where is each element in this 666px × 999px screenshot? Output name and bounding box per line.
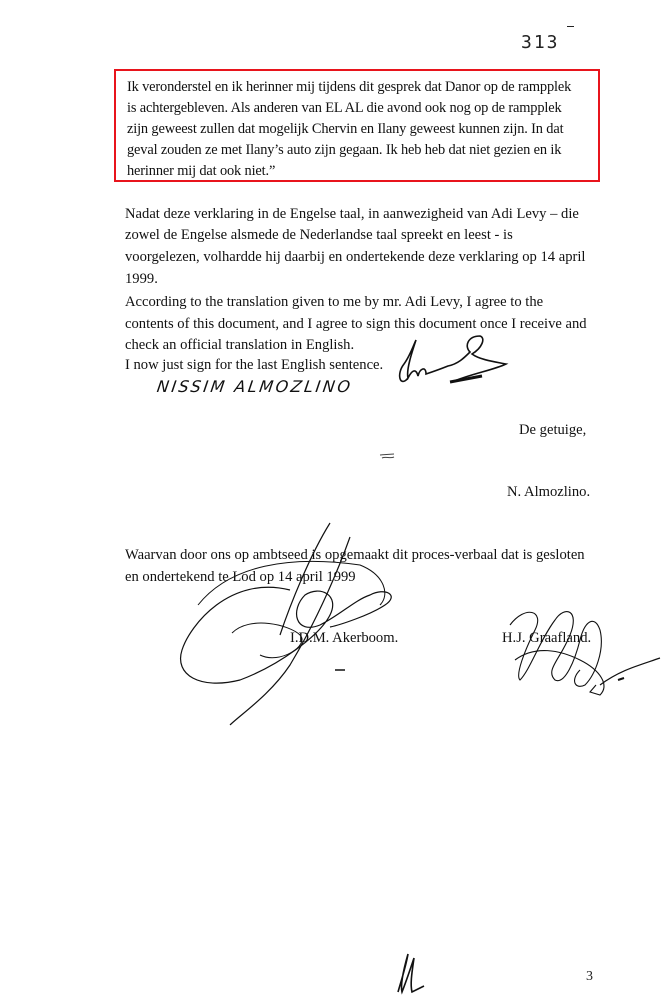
quote-line: geval zouden ze met Ilany’s auto zijn ge… — [127, 140, 590, 161]
dutch-statement-line: zowel de Engelse alsmede de Nederlandse … — [125, 225, 513, 245]
witness-small-mark — [378, 452, 398, 462]
dutch-statement-line: voorgelezen, volhardde hij daarbij en on… — [125, 247, 585, 267]
witness-label: De getuige, — [519, 420, 586, 440]
witness-name: N. Almozlino. — [507, 482, 590, 502]
quote-line: is achtergebleven. Als anderen van EL AL… — [127, 98, 590, 119]
page-number-bottom: 3 — [586, 969, 593, 985]
officer-name-left: I.D.M. Akerboom. — [290, 628, 398, 648]
handwritten-printed-name: NISSIM ALMOZLINO — [156, 377, 354, 396]
highlighted-quote-box: Ik veronderstel en ik herinner mij tijde… — [114, 69, 600, 182]
bottom-initials — [390, 948, 430, 998]
officer-name-right: H.J. Graafland. — [502, 628, 591, 648]
english-statement-line: According to the translation given to me… — [125, 292, 543, 312]
page-number-top-text: 313 — [521, 32, 560, 53]
page-number-top: 313 — [521, 32, 560, 53]
quote-line: herinner mij dat ook niet.” — [127, 161, 590, 182]
witness-signature — [390, 330, 520, 400]
officer-right-signature — [500, 600, 666, 705]
closing-line: en ondertekend te Lod op 14 april 1999 — [125, 567, 356, 587]
closing-line: Waarvan door ons op ambtseed is opgemaak… — [125, 545, 585, 565]
english-statement-line: I now just sign for the last English sen… — [125, 355, 383, 375]
dutch-statement-line: Nadat deze verklaring in de Engelse taal… — [125, 204, 579, 224]
english-statement-line: check an official translation in English… — [125, 335, 354, 355]
quote-line: zijn geweest zullen dat mogelijk Chervin… — [127, 119, 590, 140]
dutch-statement-line: 1999. — [125, 269, 158, 289]
english-statement-line: contents of this document, and I agree t… — [125, 314, 587, 334]
page-number-tick-mark — [567, 26, 574, 27]
quote-line: Ik veronderstel en ik herinner mij tijde… — [127, 77, 590, 98]
